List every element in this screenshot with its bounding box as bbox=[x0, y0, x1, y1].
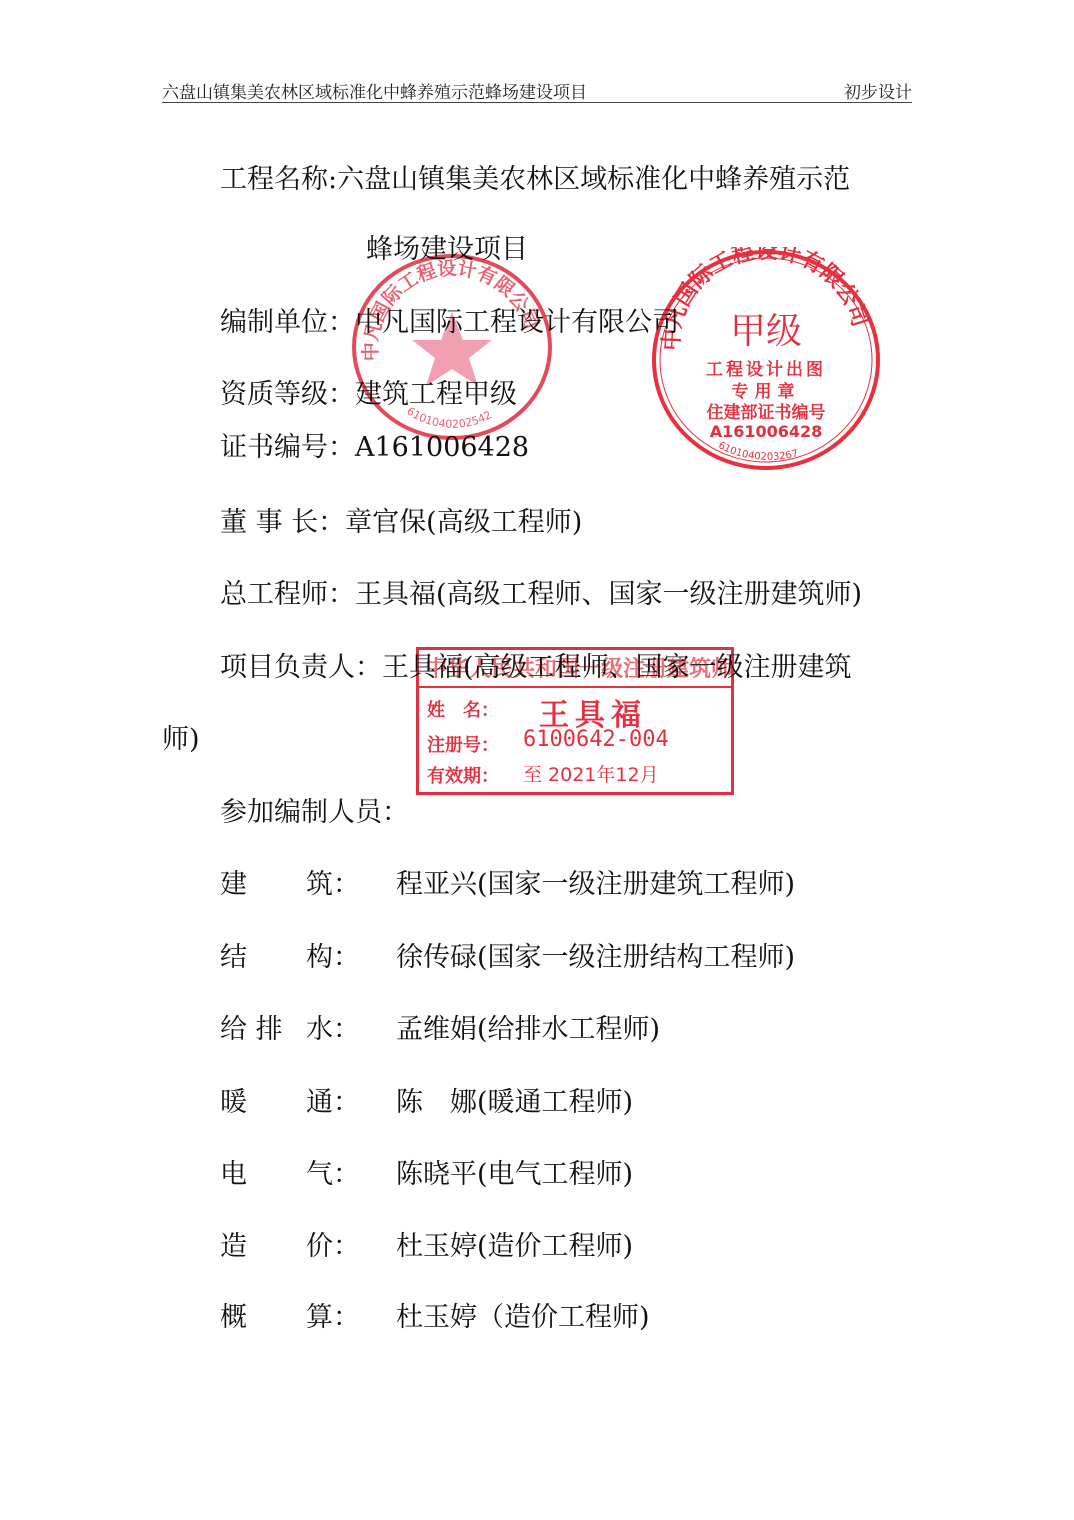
certificate-value: A161006428 bbox=[355, 432, 529, 463]
project-name-value: 六盘山镇集美农林区域标准化中蜂养殖示范 bbox=[337, 164, 850, 195]
certificate-line: 证书编号：A161006428 bbox=[220, 430, 529, 466]
discipline-char-2: 构： bbox=[306, 940, 360, 976]
project-lead-label: 项目负责人： bbox=[220, 652, 382, 683]
staff-person: 徐传碌(国家一级注册结构工程师) bbox=[396, 940, 795, 976]
discipline-char-2: 算： bbox=[306, 1300, 360, 1336]
discipline-char-1: 概 bbox=[220, 1300, 247, 1336]
design-seal: 中凡国际工程设计有限公司 甲级 工程设计出图 专用章 住建部证书编号 A1610… bbox=[650, 247, 882, 473]
staff-person: 陈 娜(暖通工程师) bbox=[396, 1085, 633, 1121]
project-name-label: 工程名称: bbox=[220, 164, 337, 195]
svg-text:A161006428: A161006428 bbox=[710, 422, 823, 441]
project-lead-value: 王具福(高级工程师、国家一级注册建筑 bbox=[382, 652, 852, 683]
svg-text:住建部证书编号: 住建部证书编号 bbox=[707, 402, 826, 423]
discipline-char-2: 价： bbox=[306, 1229, 360, 1265]
staff-person: 孟维娟(给排水工程师) bbox=[396, 1012, 660, 1048]
project-lead-line: 项目负责人：王具福(高级工程师、国家一级注册建筑 bbox=[220, 650, 852, 686]
certificate-label: 证书编号： bbox=[220, 432, 355, 463]
design-seal-graphic: 中凡国际工程设计有限公司 甲级 工程设计出图 专用章 住建部证书编号 A1610… bbox=[650, 247, 882, 473]
header-project-title: 六盘山镇集美农林区域标准化中蜂养殖示范蜂场建设项目 bbox=[162, 78, 587, 103]
header-stage: 初步设计 bbox=[844, 78, 912, 103]
chairman-line: 董 事 长：章官保(高级工程师) bbox=[220, 505, 582, 541]
qualification-value: 建筑工程甲级 bbox=[355, 379, 517, 410]
staff-person: 杜玉婷（造价工程师) bbox=[396, 1300, 650, 1336]
registration-validity: 至 2021年12月 bbox=[523, 760, 659, 787]
project-lead-continued: 师) bbox=[162, 722, 200, 758]
discipline-char-2: 筑： bbox=[306, 867, 360, 903]
registration-number: 6100642-004 bbox=[523, 727, 669, 752]
staff-person: 程亚兴(国家一级注册建筑工程师) bbox=[396, 867, 795, 903]
svg-text:工程设计出图: 工程设计出图 bbox=[706, 359, 826, 380]
discipline-char-1: 暖 bbox=[220, 1085, 247, 1121]
chairman-label: 董 事 长： bbox=[220, 507, 345, 538]
discipline-char-2: 通： bbox=[306, 1085, 360, 1121]
page-header: 六盘山镇集美农林区域标准化中蜂养殖示范蜂场建设项目 初步设计 bbox=[162, 76, 912, 103]
unit-line: 编制单位：中凡国际工程设计有限公司 bbox=[220, 305, 679, 341]
chairman-value: 章官保(高级工程师) bbox=[345, 507, 582, 538]
project-name-continued: 蜂场建设项目 bbox=[366, 232, 528, 268]
svg-text:专用章: 专用章 bbox=[732, 381, 801, 402]
chief-engineer-label: 总工程师： bbox=[220, 579, 355, 610]
discipline-char-1: 建 bbox=[220, 867, 247, 903]
discipline-char-2: 水： bbox=[306, 1012, 360, 1048]
discipline-char-2: 气： bbox=[306, 1157, 360, 1193]
svg-text:6101040203267: 6101040203267 bbox=[716, 440, 799, 463]
discipline-char-1: 给 排 bbox=[220, 1012, 283, 1048]
company-seal-graphic: 中凡国际工程设计有限公司 6101040202542 bbox=[350, 252, 554, 442]
chief-engineer-value: 王具福(高级工程师、国家一级注册建筑师) bbox=[355, 579, 862, 610]
svg-text:甲级: 甲级 bbox=[730, 311, 802, 352]
company-seal: 中凡国际工程设计有限公司 6101040202542 bbox=[350, 252, 554, 442]
discipline-char-1: 结 bbox=[220, 940, 247, 976]
staff-person: 陈晓平(电气工程师) bbox=[396, 1157, 633, 1193]
discipline-char-1: 造 bbox=[220, 1229, 247, 1265]
project-name-line: 工程名称:六盘山镇集美农林区域标准化中蜂养殖示范 bbox=[220, 162, 850, 198]
staff-heading: 参加编制人员： bbox=[220, 795, 409, 831]
unit-value: 中凡国际工程设计有限公司 bbox=[355, 307, 679, 338]
chief-engineer-line: 总工程师：王具福(高级工程师、国家一级注册建筑师) bbox=[220, 577, 862, 613]
unit-label: 编制单位： bbox=[220, 307, 355, 338]
qualification-label: 资质等级： bbox=[220, 379, 355, 410]
staff-person: 杜玉婷(造价工程师) bbox=[396, 1229, 633, 1265]
qualification-line: 资质等级：建筑工程甲级 bbox=[220, 377, 517, 413]
discipline-char-1: 电 bbox=[220, 1157, 247, 1193]
